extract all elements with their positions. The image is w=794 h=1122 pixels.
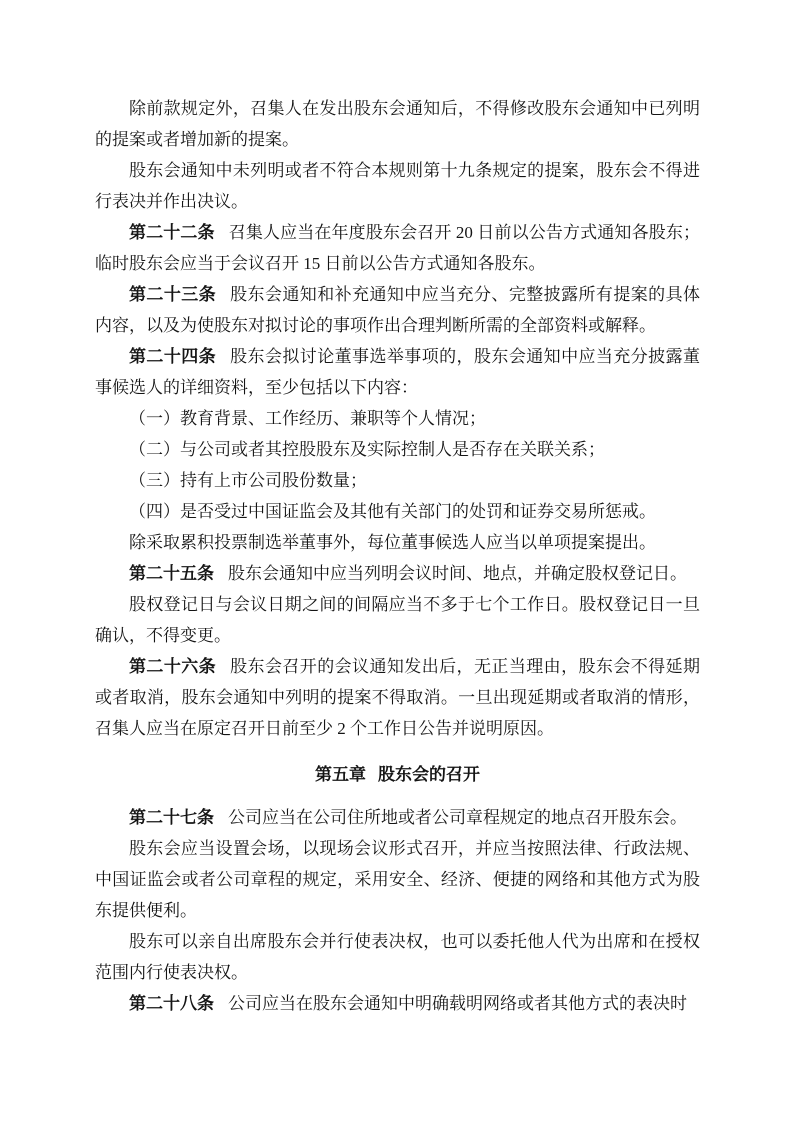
- article-paragraph: 第二十三条股东会通知和补充通知中应当充分、完整披露所有提案的具体内容，以及为使股…: [95, 279, 700, 341]
- paragraph-text: 除采取累积投票制选举董事外，每位董事候选人应当以单项提案提出。: [129, 533, 656, 552]
- article-number: 第二十五条: [129, 564, 214, 583]
- body-paragraph: 除采取累积投票制选举董事外，每位董事候选人应当以单项提案提出。: [95, 527, 700, 558]
- chapter-number: 第五章: [315, 765, 366, 784]
- paragraph-text: （三）持有上市公司股份数量；: [129, 471, 367, 490]
- article-number: 第二十八条: [129, 994, 214, 1013]
- paragraph-text: 股东会的召开: [378, 765, 480, 784]
- article-paragraph: 第二十七条公司应当在公司住所地或者公司章程规定的地点召开股东会。: [95, 802, 700, 833]
- body-paragraph: 股权登记日与会议日期之间的间隔应当不多于七个工作日。股权登记日一旦确认，不得变更…: [95, 589, 700, 651]
- body-paragraph: 股东会应当设置会场，以现场会议形式召开，并应当按照法律、行政法规、中国证监会或者…: [95, 833, 700, 926]
- paragraph-text: （二）与公司或者其控股股东及实际控制人是否存在关联关系；: [129, 440, 605, 459]
- body-paragraph: 除前款规定外，召集人在发出股东会通知后，不得修改股东会通知中已列明的提案或者增加…: [95, 93, 700, 155]
- paragraph-text: 股权登记日与会议日期之间的间隔应当不多于七个工作日。股权登记日一旦确认，不得变更…: [95, 595, 700, 645]
- article-number: 第二十二条: [129, 223, 215, 242]
- paragraph-text: （四）是否受过中国证监会及其他有关部门的处罚和证券交易所惩戒。: [129, 502, 656, 521]
- article-paragraph: 第二十五条股东会通知中应当列明会议时间、地点，并确定股权登记日。: [95, 558, 700, 589]
- body-paragraph: 股东会通知中未列明或者不符合本规则第十九条规定的提案，股东会不得进行表决并作出决…: [95, 155, 700, 217]
- article-paragraph: 第二十二条召集人应当在年度股东会召开 20 日前以公告方式通知各股东；临时股东会…: [95, 217, 700, 279]
- paragraph-text: 公司应当在股东会通知中明确载明网络或者其他方式的表决时: [228, 994, 687, 1013]
- article-number: 第二十七条: [129, 808, 214, 827]
- paragraph-text: 股东会应当设置会场，以现场会议形式召开，并应当按照法律、行政法规、中国证监会或者…: [95, 839, 700, 920]
- article-number: 第二十六条: [129, 657, 216, 676]
- paragraph-text: 公司应当在公司住所地或者公司章程规定的地点召开股东会。: [228, 808, 687, 827]
- article-paragraph: 第二十六条股东会召开的会议通知发出后，无正当理由，股东会不得延期或者取消，股东会…: [95, 651, 700, 744]
- paragraph-text: 除前款规定外，召集人在发出股东会通知后，不得修改股东会通知中已列明的提案或者增加…: [95, 99, 700, 149]
- paragraph-text: 股东会通知中应当列明会议时间、地点，并确定股权登记日。: [228, 564, 687, 583]
- body-paragraph: （四）是否受过中国证监会及其他有关部门的处罚和证券交易所惩戒。: [95, 496, 700, 527]
- chapter-heading: 第五章股东会的召开: [95, 759, 700, 790]
- article-paragraph: 第二十八条公司应当在股东会通知中明确载明网络或者其他方式的表决时: [95, 988, 700, 1019]
- paragraph-text: 股东可以亲自出席股东会并行使表决权，也可以委托他人代为出席和在授权范围内行使表决…: [95, 932, 700, 982]
- body-paragraph: （一）教育背景、工作经历、兼职等个人情况；: [95, 403, 700, 434]
- paragraph-text: 股东会通知中未列明或者不符合本规则第十九条规定的提案，股东会不得进行表决并作出决…: [95, 161, 700, 211]
- body-paragraph: 股东可以亲自出席股东会并行使表决权，也可以委托他人代为出席和在授权范围内行使表决…: [95, 926, 700, 988]
- document-page: 除前款规定外，召集人在发出股东会通知后，不得修改股东会通知中已列明的提案或者增加…: [0, 0, 794, 1122]
- paragraph-text: （一）教育背景、工作经历、兼职等个人情况；: [129, 409, 486, 428]
- body-paragraph: （二）与公司或者其控股股东及实际控制人是否存在关联关系；: [95, 434, 700, 465]
- article-number: 第二十三条: [129, 285, 216, 304]
- article-paragraph: 第二十四条股东会拟讨论董事选举事项的，股东会通知中应当充分披露董事候选人的详细资…: [95, 341, 700, 403]
- article-number: 第二十四条: [129, 347, 216, 366]
- document-content: 除前款规定外，召集人在发出股东会通知后，不得修改股东会通知中已列明的提案或者增加…: [95, 93, 700, 1019]
- body-paragraph: （三）持有上市公司股份数量；: [95, 465, 700, 496]
